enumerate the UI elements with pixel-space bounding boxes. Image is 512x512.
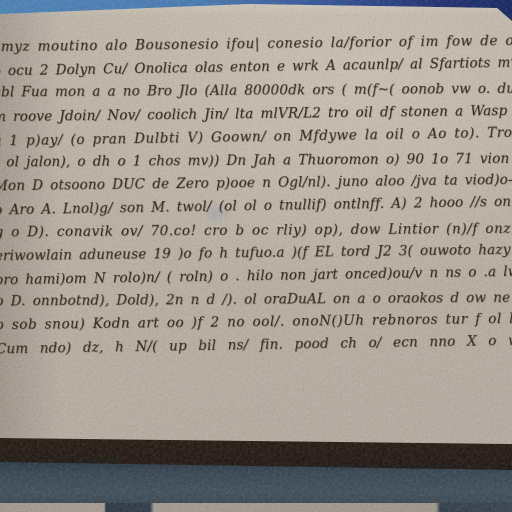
stone-tablet: amyz moutino alo Bousonesio ifou| conesi…	[0, 0, 512, 512]
gravel-ground	[0, 503, 512, 512]
photo-of-stone-tablet: amyz moutino alo Bousonesio ifou| conesi…	[0, 0, 512, 512]
inscription: amyz moutino alo Bousonesio ifou| conesi…	[0, 30, 512, 361]
